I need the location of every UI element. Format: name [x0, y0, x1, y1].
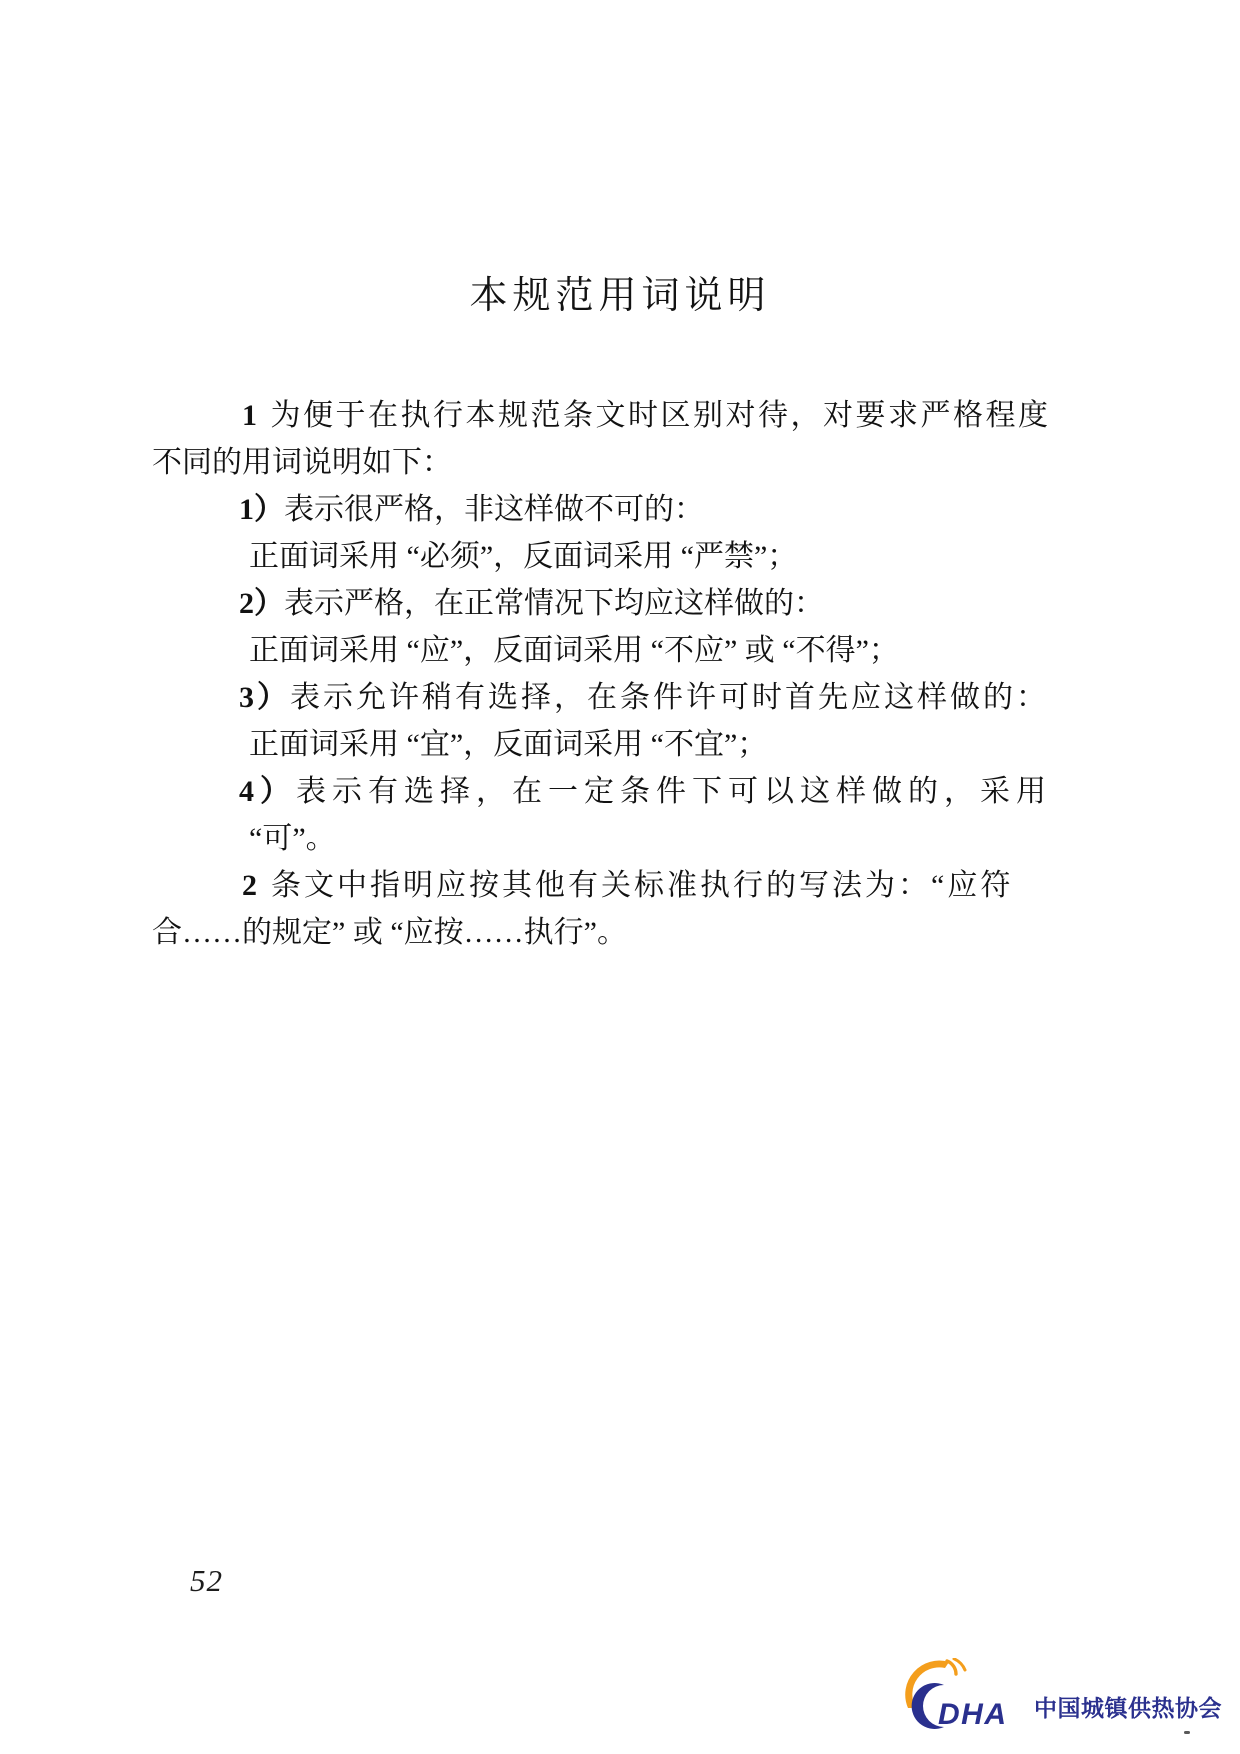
body-line: 正面词采用 “应”，反面词采用 “不应” 或 “不得”；	[152, 627, 1072, 674]
body-line: 正面词采用 “宜”，反面词采用 “不宜”；	[152, 721, 1072, 768]
line-text: 不同的用词说明如下：	[152, 446, 452, 479]
item-number: 1）	[239, 493, 284, 526]
page-title: 本规范用词说明	[0, 270, 1240, 322]
association-name: 中国城镇供热协会	[1034, 1690, 1222, 1730]
line-text: 表示允许稍有选择，在条件许可时首先应这样做的：	[290, 681, 1049, 714]
radiating-arc-small	[947, 1661, 956, 1674]
item-number: 3）	[239, 681, 290, 714]
line-text: 表示严格，在正常情况下均应这样做的：	[284, 587, 824, 620]
body-line: 合……的规定” 或 “应按……执行”。	[152, 909, 1072, 956]
line-text: 正面词采用 “必须”，反面词采用 “严禁”；	[249, 540, 797, 573]
line-text: “可”。	[249, 822, 336, 855]
body-line: 正面词采用 “必须”，反面词采用 “严禁”；	[152, 533, 1072, 580]
page-number: 52	[190, 1563, 223, 1599]
line-text: 为便于在执行本规范条文时区别对待，对要求严格程度	[271, 399, 1051, 432]
line-text: 表示很严格，非这样做不可的：	[284, 493, 704, 526]
clause-number: 1	[242, 399, 260, 432]
item-number: 4）	[239, 775, 296, 808]
body-line: 1）表示很严格，非这样做不可的：	[152, 486, 1072, 533]
body-line: 不同的用词说明如下：	[152, 439, 1072, 486]
document-page: 本规范用词说明 1为便于在执行本规范条文时区别对待，对要求严格程度 不同的用词说…	[0, 0, 1240, 1754]
item-number: 2）	[239, 587, 284, 620]
small-mark	[1184, 1731, 1190, 1734]
line-text: 表示有选择，在一定条件下可以这样做的，采用	[296, 775, 1052, 808]
association-logo: DHA 中国城镇供热协会	[904, 1658, 1222, 1730]
body-line: 2条文中指明应按其他有关标准执行的写法为：“应符	[152, 862, 1072, 909]
body-line: 4）表示有选择，在一定条件下可以这样做的，采用	[152, 768, 1072, 815]
clause-number: 2	[242, 869, 260, 902]
line-text: 条文中指明应按其他有关标准执行的写法为：“应符	[271, 869, 1013, 902]
body-line: 3）表示允许稍有选择，在条件许可时首先应这样做的：	[152, 674, 1072, 721]
line-text: 正面词采用 “宜”，反面词采用 “不宜”；	[249, 728, 767, 761]
cdha-emblem-icon: DHA	[904, 1658, 1022, 1730]
dha-letters: DHA	[938, 1698, 1008, 1730]
body-line: 2）表示严格，在正常情况下均应这样做的：	[152, 580, 1072, 627]
body-line: “可”。	[152, 815, 1072, 862]
line-text: 合……的规定” 或 “应按……执行”。	[152, 916, 627, 949]
body-line: 1为便于在执行本规范条文时区别对待，对要求严格程度	[152, 392, 1072, 439]
line-text: 正面词采用 “应”，反面词采用 “不应” 或 “不得”；	[249, 634, 899, 667]
body-text: 1为便于在执行本规范条文时区别对待，对要求严格程度 不同的用词说明如下： 1）表…	[152, 392, 1072, 956]
